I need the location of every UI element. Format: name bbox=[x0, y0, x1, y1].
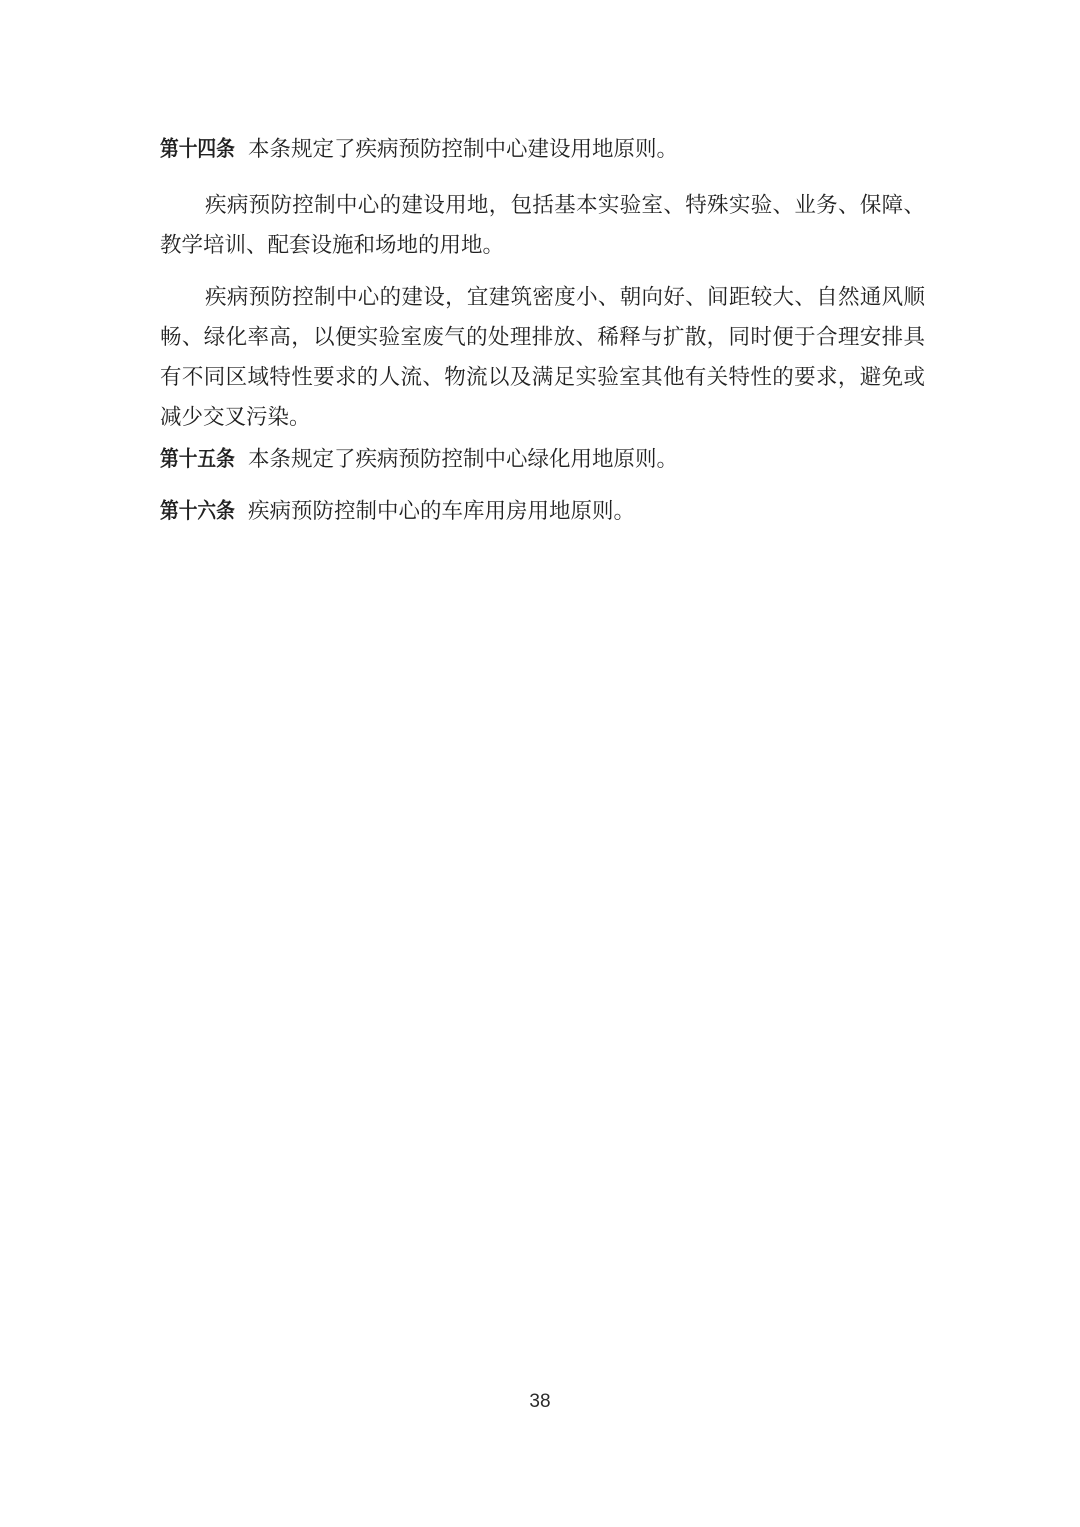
body-paragraph-land-use: 疾病预防控制中心的建设用地，包括基本实验室、特殊实验、业务、保障、教学培训、配套… bbox=[160, 185, 925, 265]
clause-article-14: 第十四条本条规定了疾病预防控制中心建设用地原则。 bbox=[160, 129, 925, 169]
clause-number-16: 第十六条 bbox=[160, 491, 235, 531]
clause-article-16: 第十六条疾病预防控制中心的车库用房用地原则。 bbox=[160, 491, 925, 531]
page-number: 38 bbox=[0, 1391, 1080, 1413]
clause-text-15: 本条规定了疾病预防控制中心绿化用地原则。 bbox=[248, 447, 678, 471]
body-paragraph-construction-principles: 疾病预防控制中心的建设，宜建筑密度小、朝向好、间距较大、自然通风顺畅、绿化率高，… bbox=[160, 277, 925, 437]
clause-text-16: 疾病预防控制中心的车库用房用地原则。 bbox=[248, 499, 635, 523]
clause-number-15: 第十五条 bbox=[160, 439, 235, 479]
clause-number-14: 第十四条 bbox=[160, 129, 235, 169]
document-content: 第十四条本条规定了疾病预防控制中心建设用地原则。 疾病预防控制中心的建设用地，包… bbox=[160, 129, 925, 531]
document-page: 第十四条本条规定了疾病预防控制中心建设用地原则。 疾病预防控制中心的建设用地，包… bbox=[0, 0, 1080, 1527]
clause-article-15: 第十五条本条规定了疾病预防控制中心绿化用地原则。 bbox=[160, 439, 925, 479]
clause-text-14: 本条规定了疾病预防控制中心建设用地原则。 bbox=[248, 137, 678, 161]
